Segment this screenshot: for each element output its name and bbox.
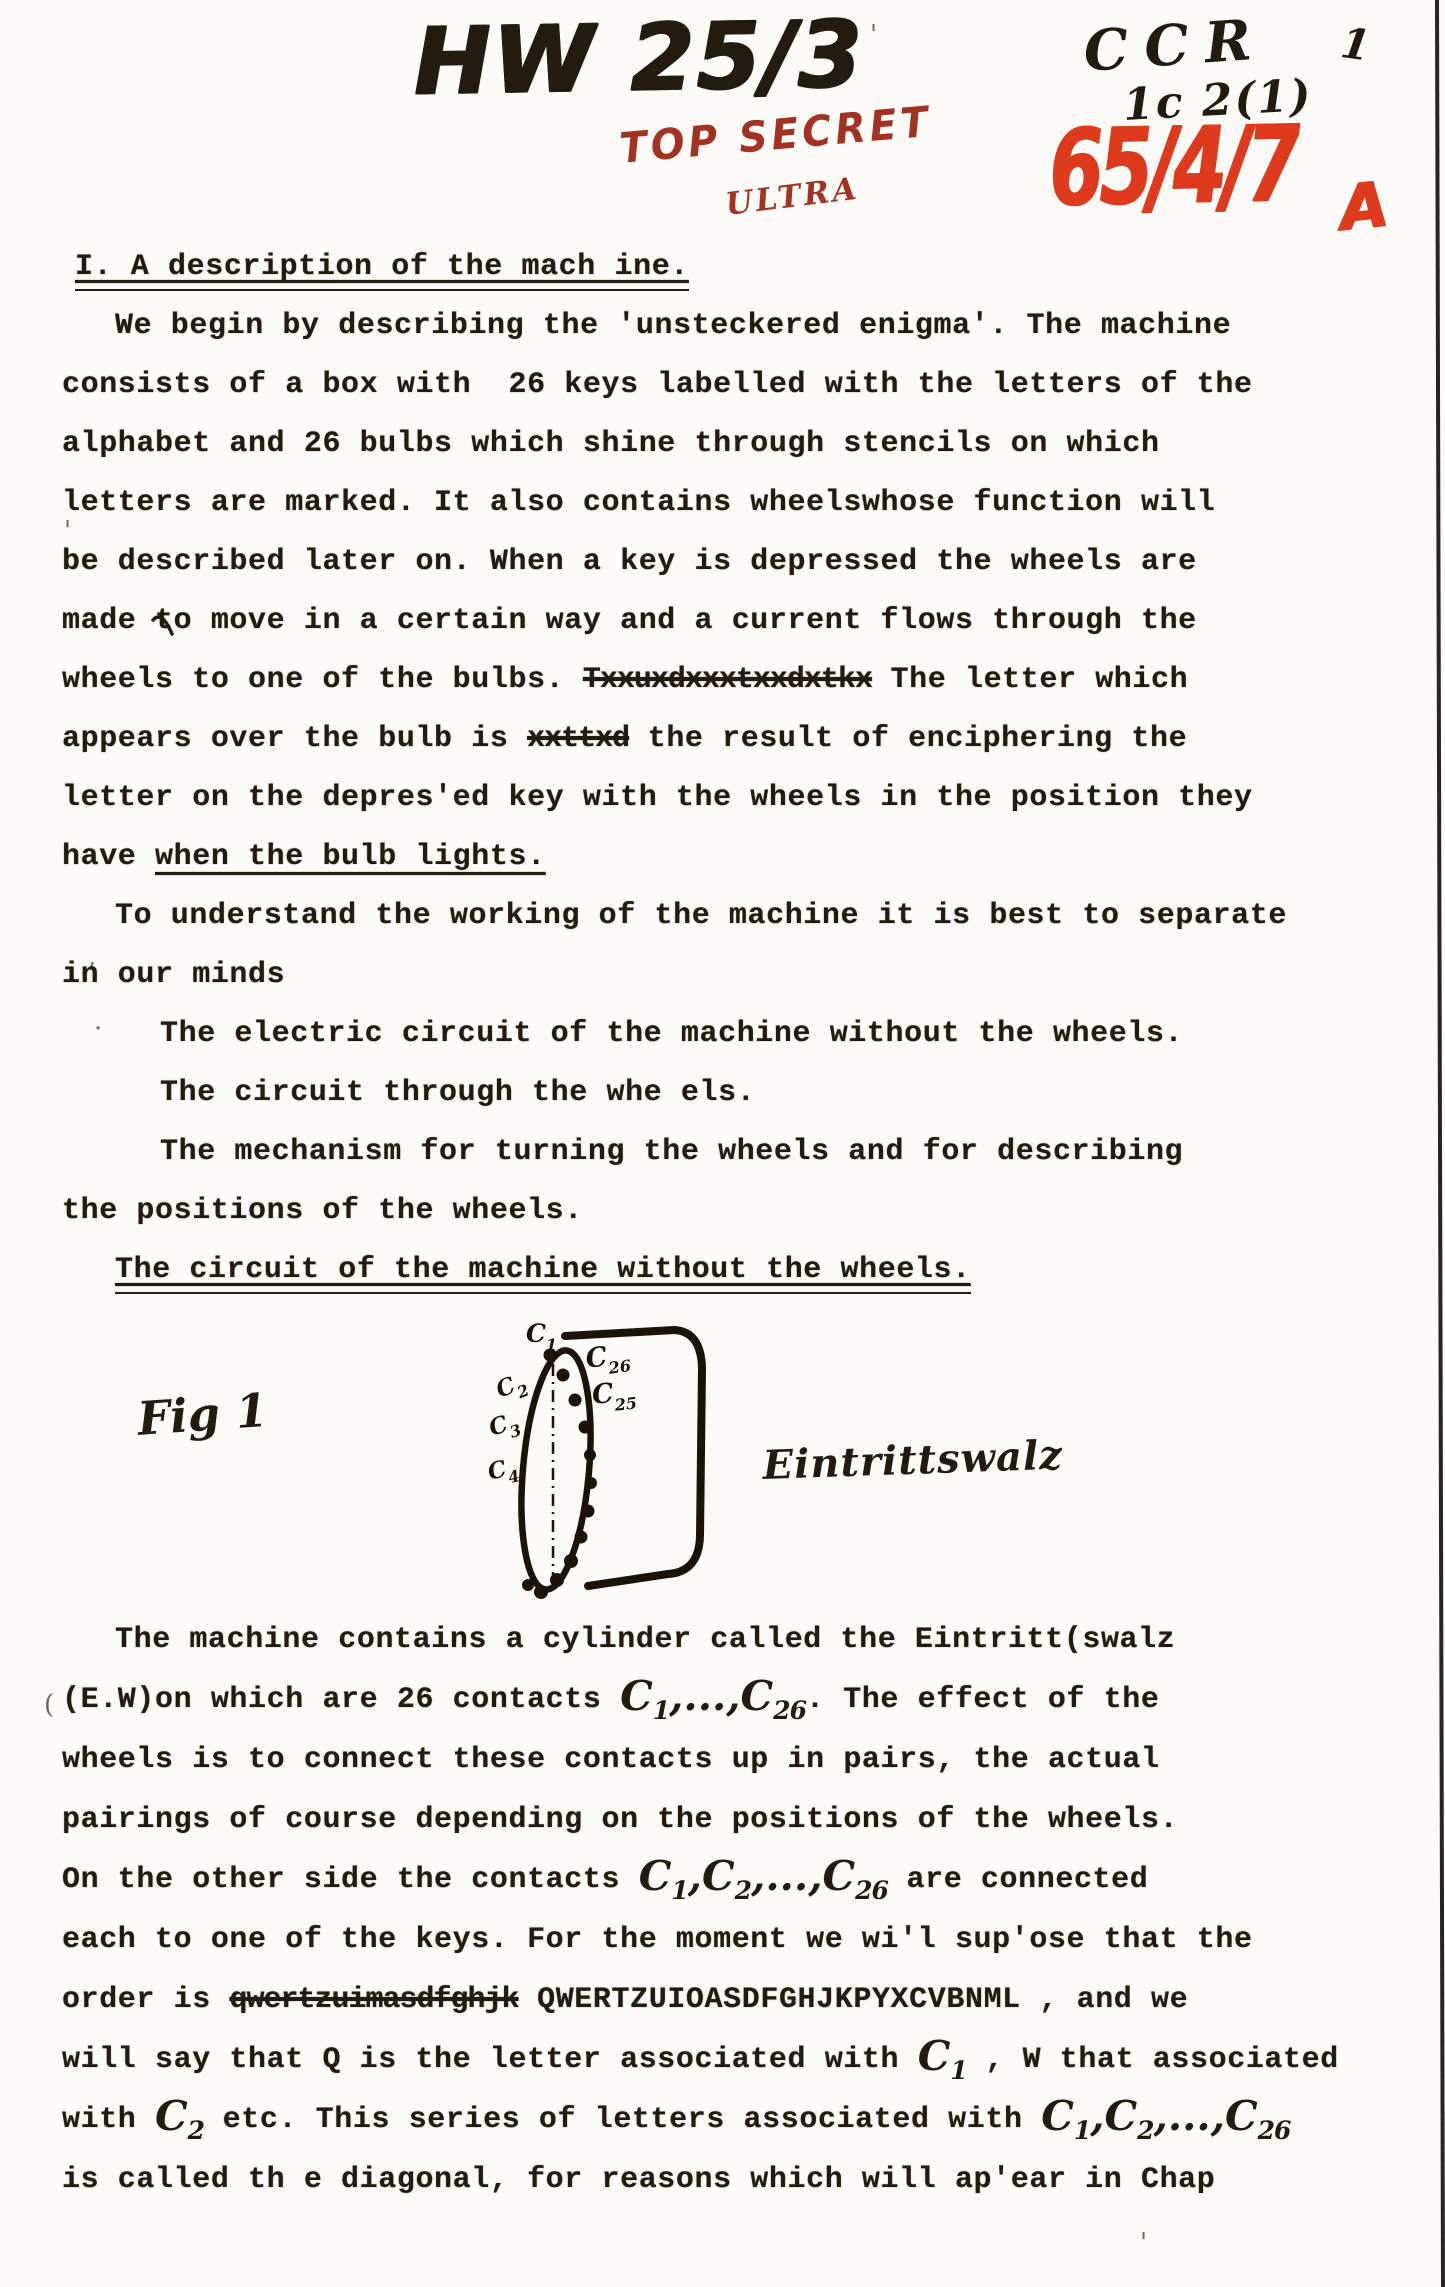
file-reference: 65/4/7	[1048, 112, 1296, 221]
text-segment: wheels is to connect these contacts up i…	[62, 1743, 1160, 1777]
typed-line: wheels to one of the bulbs. Txxuxdxxxtxx…	[62, 651, 1422, 710]
handwritten-math: C1,C2,...,C26	[639, 1852, 888, 1900]
text-segment: with	[62, 2103, 155, 2137]
typed-text-block-2: The machine contains a cylinder called t…	[62, 1610, 1422, 2210]
contact-label-c26: C26	[584, 1338, 632, 1381]
text-segment: alphabet and 26 bulbs which shine throug…	[62, 427, 1160, 461]
text-segment: The letter which	[872, 663, 1188, 697]
struck-out-text: xxttxd	[527, 722, 629, 756]
typed-line: To understand the working of the machine…	[62, 887, 1422, 946]
contact-label-c2: C2	[492, 1367, 532, 1409]
handwritten-math: C1,...,C26	[620, 1672, 806, 1720]
text-segment: made to move in a certain way and a curr…	[62, 604, 1197, 638]
text-segment: pairings of course depending on the posi…	[62, 1803, 1178, 1837]
text-segment: letters are marked. It also contains whe…	[62, 486, 1215, 520]
text-segment: the positions of the wheels.	[62, 1194, 583, 1228]
text-segment: order is	[62, 1983, 229, 2017]
handwritten-math: C1	[918, 2032, 967, 2080]
text-segment: is called th e diagonal, for reasons whi…	[62, 2163, 1215, 2197]
classification-stamp: TOP SECRET	[618, 101, 933, 170]
figure-1-cylinder-drawing: C1 C26 C25 C2 C3 C4	[470, 1312, 720, 1612]
typed-line: will say that Q is the letter associated…	[62, 2030, 1422, 2090]
typed-line: The circuit through the whe els.	[62, 1064, 1422, 1123]
typed-line: (E.W)on which are 26 contacts C1,...,C26…	[62, 1670, 1422, 1730]
text-segment: . The effect of the	[806, 1683, 1159, 1717]
text-segment: in our minds	[62, 958, 285, 992]
typed-line: letters are marked. It also contains whe…	[62, 474, 1422, 533]
struck-out-text: qwertzuimasdfghjk	[229, 1983, 518, 2017]
scanned-document-page: HW 25/31CCR1c 2(1)TOP SECRETULTRA65/4/7A…	[0, 0, 1445, 2287]
archive-reference: HW 25/3	[412, 8, 864, 108]
typed-text-block-1: I. A description of the mach ine.We begi…	[62, 238, 1422, 1300]
typed-line: have when the bulb lights.	[62, 828, 1422, 887]
typed-line: with C2 etc. This series of letters asso…	[62, 2090, 1422, 2150]
text-segment: have	[62, 840, 155, 874]
typed-line: On the other side the contacts C1,C2,...…	[62, 1850, 1422, 1910]
text-segment: be described later on. When a key is dep…	[62, 545, 1197, 579]
handwritten-math: C2	[155, 2092, 204, 2140]
typed-line: wheels is to connect these contacts up i…	[62, 1730, 1422, 1790]
page-number: 1	[1338, 22, 1373, 68]
contact-label-c25: C25	[590, 1376, 637, 1417]
typed-line: is called th e diagonal, for reasons whi…	[62, 2150, 1422, 2210]
text-segment: the result of enciphering the	[629, 722, 1187, 756]
struck-out-text: Txxuxdxxxtxxdxtkx	[583, 663, 872, 697]
figure-caption: Eintrittswalz	[762, 1436, 1063, 1486]
text-segment: appears over the bulb is	[62, 722, 527, 756]
text-segment: letter on the depres'ed key with the whe…	[62, 781, 1253, 815]
text-segment: etc. This series of letters associated w…	[204, 2103, 1041, 2137]
typed-line: made to move in a certain way and a curr…	[62, 592, 1422, 651]
typed-line: We begin by describing the 'unsteckered …	[62, 297, 1422, 356]
typed-line: The machine contains a cylinder called t…	[62, 1610, 1422, 1670]
ink-speck: '	[870, 20, 877, 50]
text-segment: We begin by describing the 'unsteckered …	[115, 309, 1231, 343]
typed-line: each to one of the keys. For the moment …	[62, 1910, 1422, 1970]
contact-label-c3: C3	[486, 1407, 524, 1447]
ink-speck: '	[1140, 2228, 1147, 2258]
contact-label-c1: C1	[526, 1319, 557, 1354]
typed-line: order is qwertzuimasdfghjk QWERTZUIOASDF…	[62, 1970, 1422, 2030]
text-segment: are connected	[888, 1863, 1148, 1897]
typed-line: The mechanism for turning the wheels and…	[62, 1123, 1422, 1182]
typed-line: pairings of course depending on the posi…	[62, 1790, 1422, 1850]
text-segment: wheels to one of the bulbs.	[62, 663, 583, 697]
classification-stamp-ultra: ULTRA	[724, 174, 861, 221]
typed-line: consists of a box with 26 keys labelled …	[62, 356, 1422, 415]
handwritten-math: C1,C2,...,C26	[1041, 2092, 1290, 2140]
text-segment: (E.W)on which are 26 contacts	[62, 1683, 620, 1717]
text-segment: On the other side the contacts	[62, 1863, 639, 1897]
ccr-reference: CCR	[1082, 11, 1269, 80]
typed-line: appears over the bulb is xxttxd the resu…	[62, 710, 1422, 769]
text-segment: To understand the working of the machine…	[115, 899, 1287, 933]
typed-line: I. A description of the mach ine.	[62, 238, 1422, 297]
double-underlined-text: The circuit of the machine without the w…	[115, 1253, 971, 1294]
figure-label: Fig 1	[136, 1387, 269, 1442]
typed-line: be described later on. When a key is dep…	[62, 533, 1422, 592]
typed-line: in our minds	[62, 946, 1422, 1005]
text-segment: , W that associated	[967, 2043, 1339, 2077]
text-segment: each to one of the keys. For the moment …	[62, 1923, 1253, 1957]
text-segment: QWERTZUIOASDFGHJKPYXCVBNML , and we	[519, 1983, 1189, 2017]
typed-line: The electric circuit of the machine with…	[62, 1005, 1422, 1064]
typed-line: alphabet and 26 bulbs which shine throug…	[62, 415, 1422, 474]
text-segment: The mechanism for turning the wheels and…	[160, 1135, 1183, 1169]
double-underlined-text: I. A description of the mach ine.	[75, 250, 689, 291]
typed-line: letter on the depres'ed key with the whe…	[62, 769, 1422, 828]
typed-line: the positions of the wheels.	[62, 1182, 1422, 1241]
text-segment: The circuit through the whe els.	[160, 1076, 755, 1110]
text-segment: will say that Q is the letter associated…	[62, 2043, 918, 2077]
file-reference-suffix: A	[1336, 173, 1390, 240]
typed-line: The circuit of the machine without the w…	[62, 1241, 1422, 1300]
insertion-caret-mark	[148, 606, 182, 640]
text-segment: The electric circuit of the machine with…	[160, 1017, 1183, 1051]
ink-speck: (	[44, 1690, 54, 1720]
underlined-text: when the bulb lights.	[155, 840, 546, 874]
contact-label-c4: C4	[485, 1452, 522, 1491]
text-segment: The machine contains a cylinder called t…	[115, 1623, 1175, 1657]
text-segment: consists of a box with 26 keys labelled …	[62, 368, 1253, 402]
